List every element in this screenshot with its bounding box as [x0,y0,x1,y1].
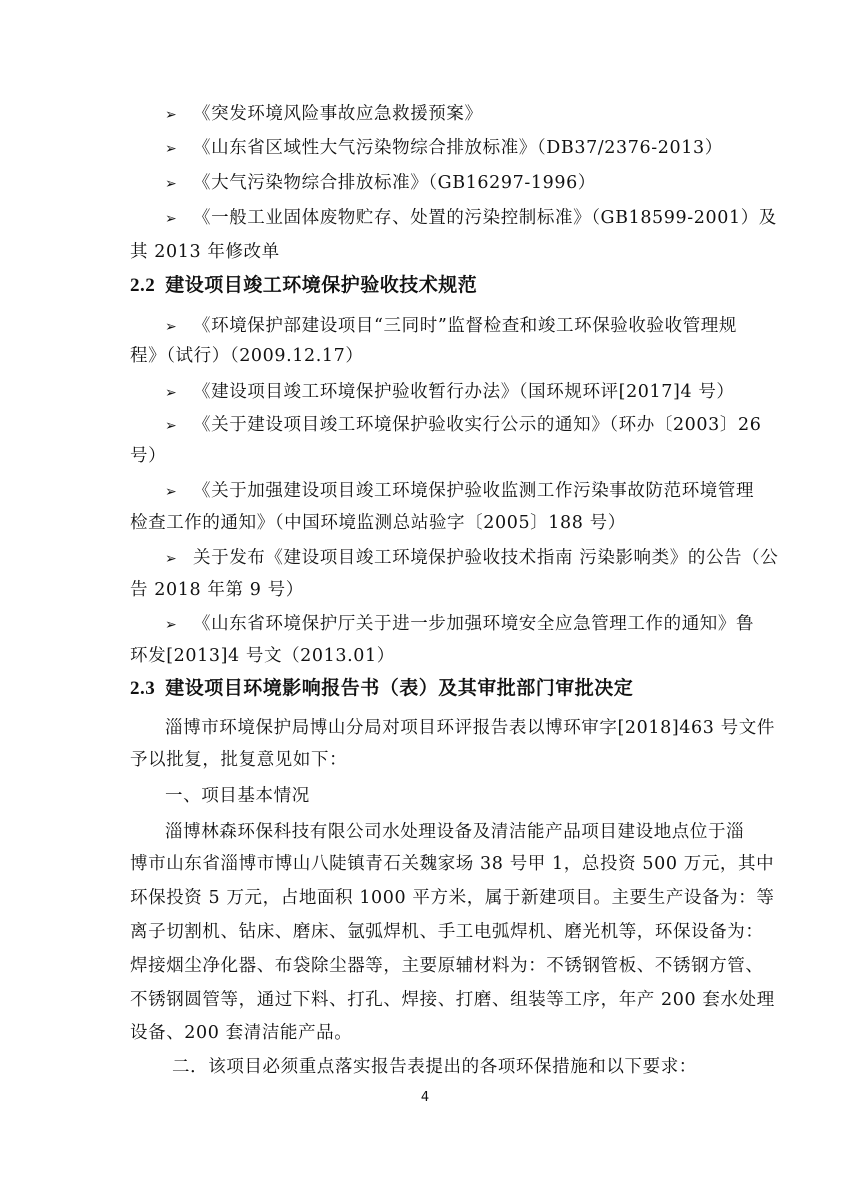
arrow-bullet-icon: ➢ [165,381,193,405]
list-item-text: 《环境保护部建设项目“三同时”监督检查和竣工环保验收验收管理规 [193,316,737,336]
section-heading-2-3: 2.3建设项目环境影响报告书（表）及其审批部门审批决定 [130,675,633,702]
list-item-text: 《山东省区域性大气污染物综合排放标准》（DB37/2376-2013） [193,138,723,158]
section-number: 2.3 [130,678,155,699]
arrow-bullet-icon: ➢ [165,207,193,231]
list-item-text: 《一般工业固体废物贮存、处置的污染控制标准》（GB18599-2001）及 [193,208,777,228]
list-item: ➢《山东省区域性大气污染物综合排放标准》（DB37/2376-2013） [165,136,765,161]
paragraph-line: 不锈钢圆管等，通过下料、打孔、焊接、打磨、组装等工序，年产 200 套水处理 [130,988,730,1012]
list-item-continuation: 检查工作的通知》（中国环境监测总站验字〔2005〕188 号） [130,511,730,535]
list-item-text: 《山东省环境保护厅关于进一步加强环境安全应急管理工作的通知》鲁 [193,614,754,634]
paragraph-line: 淄博林森环保科技有限公司水处理设备及清洁能产品项目建设地点位于淄 [165,820,765,844]
list-item-continuation: 号） [130,444,730,468]
paragraph-line: 博市山东省淄博市博山八陡镇青石关魏家场 38 号甲 1，总投资 500 万元，其… [130,852,730,876]
list-item: ➢《突发环境风险事故应急救援预案》 [165,102,765,127]
paragraph-line: 设备、200 套清洁能产品。 [130,1021,730,1045]
list-item-continuation: 告 2018 年第 9 号） [130,578,730,602]
document-page: ➢《突发环境风险事故应急救援预案》 ➢《山东省区域性大气污染物综合排放标准》（D… [0,0,850,1202]
section-heading-2-2: 2.2建设项目竣工环境保护验收技术规范 [130,272,477,299]
list-item: ➢《一般工业固体废物贮存、处置的污染控制标准》（GB18599-2001）及 [165,206,765,231]
list-item-continuation: 程》（试行）（2009.12.17） [130,344,730,368]
arrow-bullet-icon: ➢ [165,613,193,637]
list-item-continuation: 环发[2013]4 号文（2013.01） [130,644,730,668]
list-item: ➢关于发布《建设项目竣工环境保护验收技术指南 污染影响类》的公告（公 [165,546,765,571]
subheading: 二．该项目必须重点落实报告表提出的各项环保措施和以下要求： [172,1055,772,1079]
page-number: 4 [0,1090,850,1105]
paragraph-line: 离子切割机、钻床、磨床、氩弧焊机、手工电弧焊机、磨光机等，环保设备为： [130,920,730,944]
list-item-text: 《关于建设项目竣工环境保护验收实行公示的通知》（环办〔2003〕26 [193,415,761,435]
section-title: 建设项目环境影响报告书（表）及其审批部门审批决定 [165,677,633,699]
paragraph-line: 淄博市环境保护局博山分局对项目环评报告表以博环审字[2018]463 号文件 [165,716,765,740]
list-item: ➢《关于加强建设项目竣工环境保护验收监测工作污染事故防范环境管理 [165,479,765,504]
section-title: 建设项目竣工环境保护验收技术规范 [165,274,477,296]
section-number: 2.2 [130,275,155,296]
list-item: ➢《关于建设项目竣工环境保护验收实行公示的通知》（环办〔2003〕26 [165,413,765,438]
paragraph-line: 环保投资 5 万元，占地面积 1000 平方米，属于新建项目。主要生产设备为：等 [130,886,730,910]
list-item: ➢《建设项目竣工环境保护验收暂行办法》（国环规环评[2017]4 号） [165,380,765,405]
list-item-text: 《建设项目竣工环境保护验收暂行办法》（国环规环评[2017]4 号） [193,382,735,402]
list-item: ➢《山东省环境保护厅关于进一步加强环境安全应急管理工作的通知》鲁 [165,612,765,637]
list-item-text: 《大气污染物综合排放标准》（GB16297-1996） [193,173,596,193]
paragraph-line: 予以批复，批复意见如下： [130,748,730,772]
subheading: 一、项目基本情况 [165,784,765,808]
list-item-text: 关于发布《建设项目竣工环境保护验收技术指南 污染影响类》的公告（公 [193,548,778,568]
arrow-bullet-icon: ➢ [165,137,193,161]
arrow-bullet-icon: ➢ [165,547,193,571]
list-item: ➢《环境保护部建设项目“三同时”监督检查和竣工环保验收验收管理规 [165,314,765,339]
arrow-bullet-icon: ➢ [165,315,193,339]
list-item-text: 《突发环境风险事故应急救援预案》 [193,104,483,124]
arrow-bullet-icon: ➢ [165,103,193,127]
arrow-bullet-icon: ➢ [165,480,193,504]
arrow-bullet-icon: ➢ [165,414,193,438]
arrow-bullet-icon: ➢ [165,172,193,196]
list-item-continuation: 其 2013 年修改单 [130,240,730,264]
list-item-text: 《关于加强建设项目竣工环境保护验收监测工作污染事故防范环境管理 [193,481,754,501]
list-item: ➢《大气污染物综合排放标准》（GB16297-1996） [165,171,765,196]
paragraph-line: 焊接烟尘净化器、布袋除尘器等，主要原辅材料为：不锈钢管板、不锈钢方管、 [130,954,730,978]
